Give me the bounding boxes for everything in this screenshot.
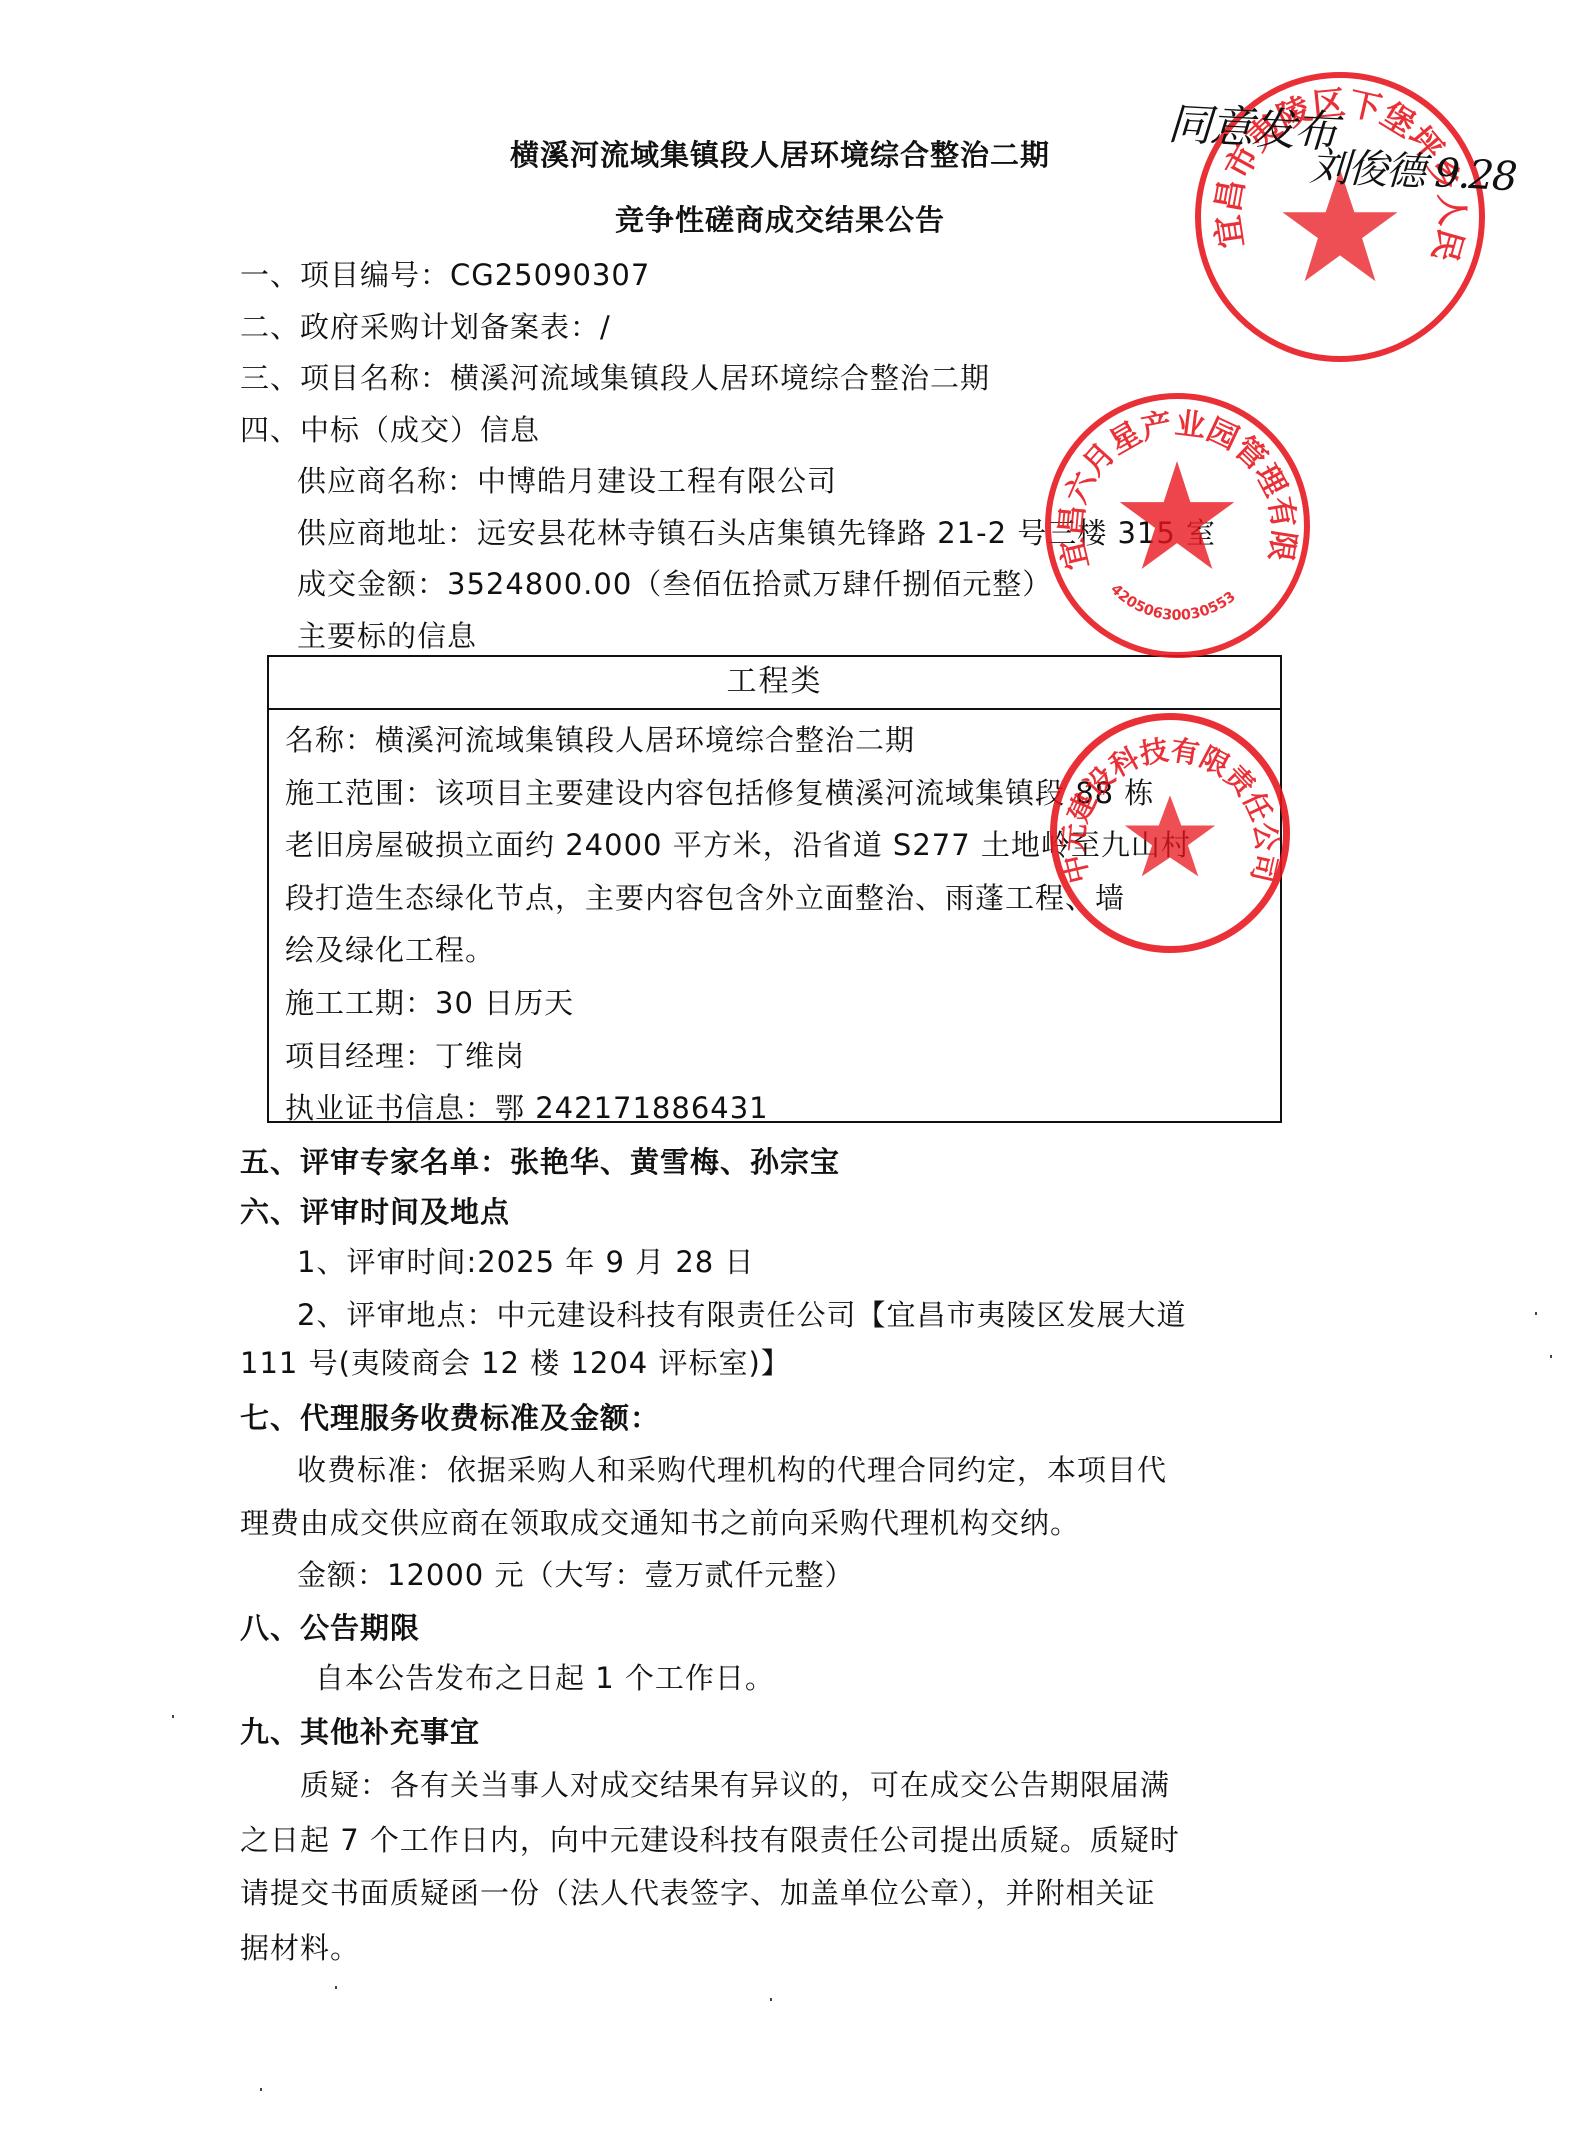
review-place-line1: 2、评审地点：中元建设科技有限责任公司【宜昌市夷陵区发展大道: [297, 1297, 1186, 1333]
scan-speck: [335, 1986, 337, 1989]
table-row: 执业证书信息：鄂 242171886431: [285, 1090, 769, 1126]
svg-text:42050630030553: 42050630030553: [1107, 581, 1239, 623]
table-row: 项目经理：丁维岗: [285, 1038, 525, 1074]
section-notice-period-heading: 八、公告期限: [240, 1610, 420, 1646]
seal-code-text: 42050630030553: [1107, 581, 1239, 623]
section-project-name: 三、项目名称：横溪河流域集镇段人居环境综合整治二期: [240, 360, 990, 396]
review-time: 1、评审时间:2025 年 9 月 28 日: [297, 1244, 754, 1280]
table-row: 段打造生态绿化节点，主要内容包含外立面整治、雨蓬工程、墙: [285, 880, 1125, 916]
review-place-line2: 111 号(夷陵商会 12 楼 1204 评标室)】: [240, 1345, 791, 1381]
scan-speck: [260, 2088, 262, 2091]
challenge-line3: 请提交书面质疑函一份（法人代表签字、加盖单位公章），并附相关证: [240, 1875, 1156, 1911]
section-award-heading: 四、中标（成交）信息: [240, 412, 540, 448]
scan-speck: [1550, 1355, 1552, 1358]
scan-speck: [172, 1715, 174, 1718]
supplier-name: 供应商名称：中博皓月建设工程有限公司: [297, 463, 837, 499]
official-seal-industrial-park: 宜昌六月星产业园管理有限公司 42050630030553: [1045, 393, 1310, 658]
section-agency-fee-heading: 七、代理服务收费标准及金额：: [240, 1400, 660, 1436]
section-procurement-plan: 二、政府采购计划备案表：/: [240, 309, 611, 345]
section-review-heading: 六、评审时间及地点: [240, 1194, 510, 1230]
scan-speck: [1535, 1312, 1537, 1315]
deal-amount: 成交金额：3524800.00（叁佰伍拾贰万肆仟捌佰元整）: [297, 566, 1052, 602]
section-experts: 五、评审专家名单：张艳华、黄雪梅、孙宗宝: [240, 1144, 840, 1180]
handwritten-signature: 刘俊德 9.28: [1309, 135, 1517, 203]
scan-speck: [770, 1998, 772, 2001]
official-seal-zhongyuan: 中元建设科技有限责任公司: [1050, 713, 1290, 953]
table-row: 施工范围：该项目主要建设内容包括修复横溪河流域集镇段 88 栋: [285, 775, 1154, 811]
star-icon: 宜昌六月星产业园管理有限公司 42050630030553: [1051, 399, 1304, 652]
star-icon: 中元建设科技有限责任公司: [1057, 720, 1283, 946]
subject-info-label: 主要标的信息: [297, 618, 477, 654]
challenge-line4: 据材料。: [240, 1930, 360, 1966]
challenge-line2: 之日起 7 个工作日内，向中元建设科技有限责任公司提出质疑。质疑时: [240, 1822, 1180, 1858]
fee-standard-line2: 理费由成交供应商在领取成交通知书之前向采购代理机构交纳。: [240, 1505, 1080, 1541]
section-project-number: 一、项目编号：CG25090307: [240, 257, 650, 293]
notice-period-text: 自本公告发布之日起 1 个工作日。: [315, 1660, 775, 1696]
table-row: 名称：横溪河流域集镇段人居环境综合整治二期: [285, 722, 915, 758]
table-header: 工程类: [269, 657, 1280, 710]
fee-standard-line1: 收费标准：依据采购人和采购代理机构的代理合同约定，本项目代: [297, 1452, 1167, 1488]
challenge-line1: 质疑：各有关当事人对成交结果有异议的，可在成交公告期限届满: [300, 1767, 1170, 1803]
fee-amount: 金额：12000 元（大写：壹万贰仟元整）: [297, 1557, 854, 1593]
section-other-heading: 九、其他补充事宜: [240, 1714, 480, 1750]
table-row: 施工工期：30 日历天: [285, 985, 574, 1021]
table-row: 绘及绿化工程。: [285, 932, 495, 968]
